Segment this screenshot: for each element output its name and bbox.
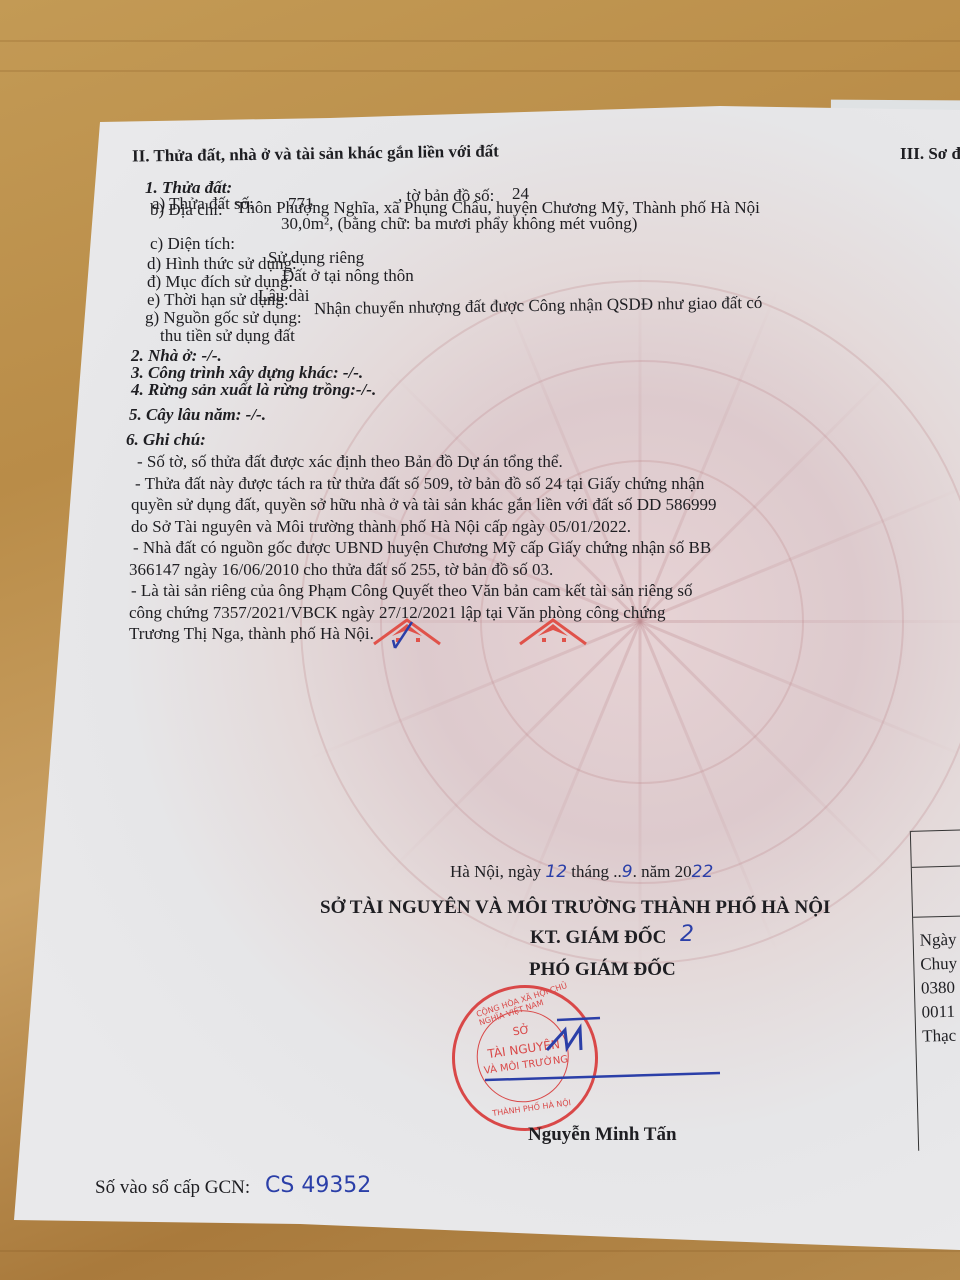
on-behalf-title: KT. GIÁM ĐỐC: [530, 928, 666, 948]
note-line: - Thửa đất này được tách ra từ thửa đất …: [135, 474, 704, 494]
right-table-fragment: 0011: [921, 1002, 955, 1023]
agency-name: SỞ TÀI NGUYÊN VÀ MÔI TRƯỜNG THÀNH PHỐ HÀ…: [320, 898, 830, 918]
next-section-title: III. Sơ đ: [900, 144, 960, 164]
address-label: b) Địa chỉ:: [150, 200, 223, 220]
note-line: do Sở Tài nguyên và Môi trường thành phố…: [131, 517, 631, 537]
note-line: Trương Thị Nga, thành phố Hà Nội.: [129, 624, 374, 644]
registry-number: CS 49352: [265, 1176, 371, 1196]
note-line: - Nhà đất có nguồn gốc được UBND huyện C…: [133, 538, 711, 558]
certificate-content: II. Thửa đất, nhà ở và tài sản khác gắn …: [0, 0, 960, 1280]
term-value: Lâu dài: [258, 286, 309, 306]
notes-heading: 6. Ghi chú:: [126, 430, 206, 450]
origin-label: g) Nguồn gốc sử dụng:: [145, 308, 302, 328]
house-watermark-icon: [518, 616, 588, 646]
signing-month: 9: [622, 862, 633, 882]
note-line: 366147 ngày 16/06/2010 cho thửa đất số 2…: [129, 560, 553, 580]
area-label: c) Diện tích:: [150, 234, 235, 254]
signature: [485, 1000, 725, 1090]
signer-name: Nguyễn Minh Tấn: [528, 1125, 677, 1145]
note-line: - Là tài sản riêng của ông Phạm Công Quy…: [131, 581, 692, 601]
area-value: 30,0m², (bằng chữ: ba mươi phẩy không mé…: [281, 214, 637, 234]
right-table-fragment: Ngày: [919, 930, 956, 951]
origin-line1: Nhận chuyển nhượng đất được Công nhận QS…: [314, 293, 763, 319]
signing-day: 12: [545, 862, 567, 882]
item-perennial-trees: 5. Cây lâu năm: -/-.: [129, 405, 266, 425]
right-table-fragment: Thạc: [922, 1026, 956, 1047]
handwritten-tick-icon: [390, 618, 420, 654]
section-title: II. Thửa đất, nhà ở và tài sản khác gắn …: [132, 141, 499, 166]
right-table-fragment: 0380: [921, 978, 956, 999]
usage-form-value: Sử dụng riêng: [268, 248, 364, 268]
deputy-director-title: PHÓ GIÁM ĐỐC: [529, 960, 676, 980]
item-planted-forest: 4. Rừng sản xuất là rừng trồng:-/-.: [131, 380, 376, 400]
registry-label: Số vào sổ cấp GCN:: [95, 1178, 250, 1198]
signing-date: Hà Nội, ngày 12 tháng ..9. năm 2022: [450, 862, 713, 882]
handwritten-mark: 2: [680, 925, 694, 945]
origin-line2: thu tiền sử dụng đất: [160, 326, 295, 346]
purpose-value: Đất ở tại nông thôn: [282, 266, 414, 286]
signing-year: 22: [692, 862, 714, 882]
note-line: - Số tờ, số thửa đất được xác định theo …: [137, 452, 563, 472]
right-page-table: NgàyChuy03800011Thạc: [910, 829, 960, 1150]
note-line: quyền sử dụng đất, quyền sở hữu nhà ở và…: [131, 495, 717, 515]
right-table-fragment: Chuy: [920, 954, 957, 975]
